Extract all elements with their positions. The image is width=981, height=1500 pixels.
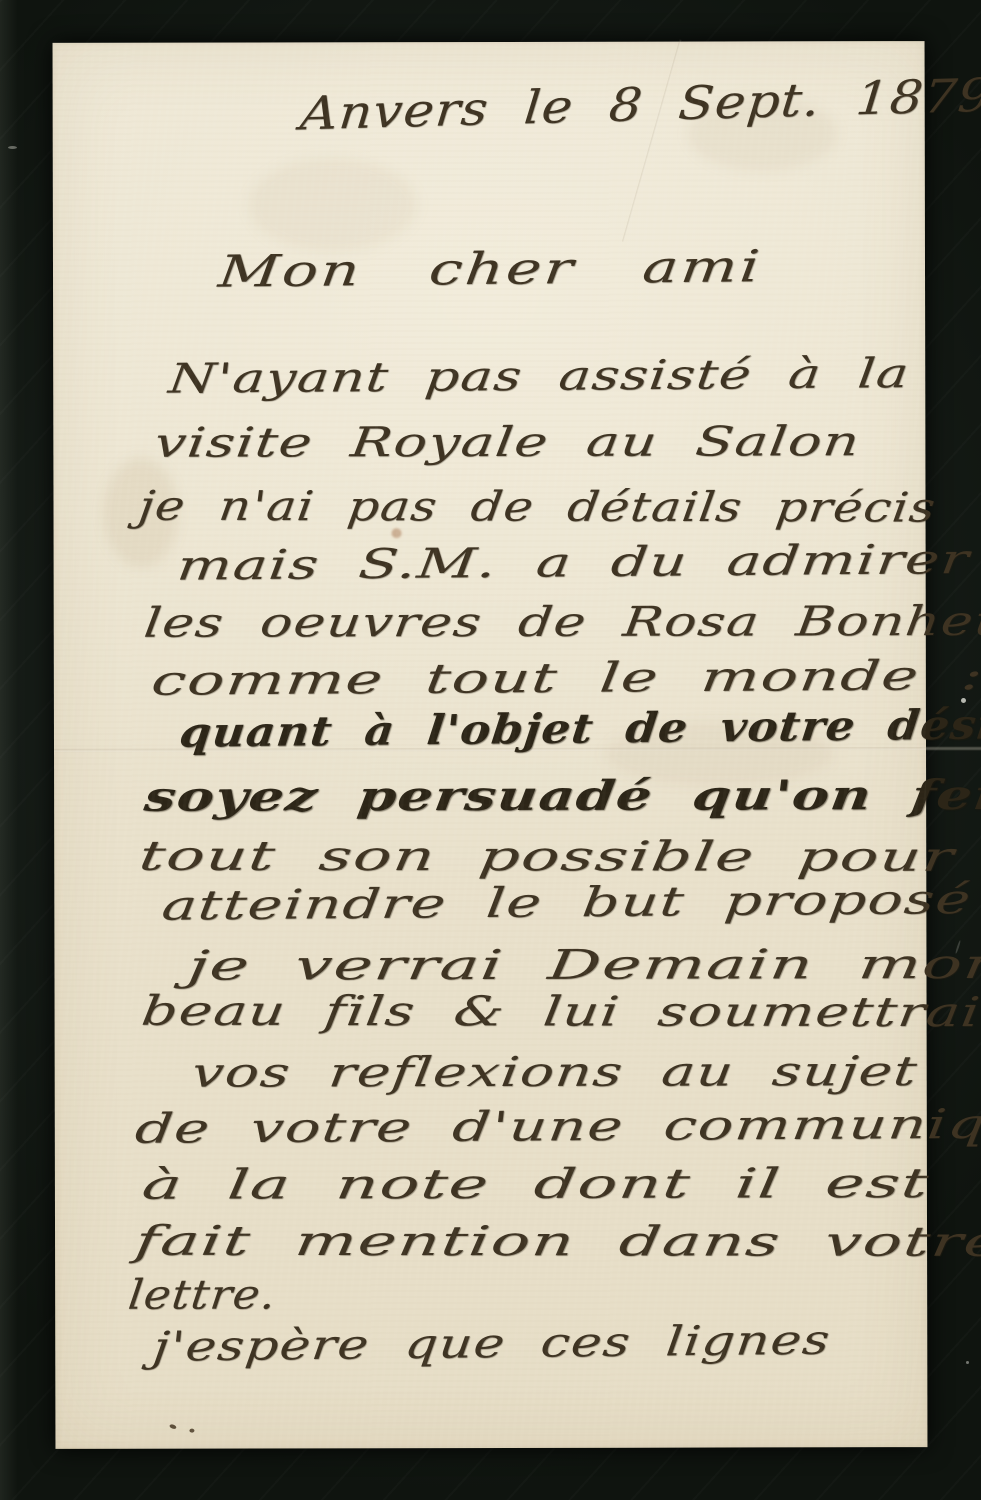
salutation: Mon cher ami	[216, 245, 764, 294]
letter-line: à la note dont il est	[140, 1163, 932, 1206]
letter-line: visite Royale au Salon	[152, 421, 862, 463]
dust-speck	[966, 1361, 969, 1364]
dust-speck	[8, 146, 17, 149]
letter-page: Anvers le 8 Sept. 1879 Mon cher ami N'ay…	[53, 41, 928, 1449]
letter-line: je verrai Demain mon	[185, 944, 981, 987]
letter-line: les oeuvres de Rosa Bonheur	[142, 601, 981, 644]
letter-line: comme tout le monde :	[149, 655, 981, 702]
letter-line: N'ayant pas assisté à la	[167, 353, 912, 400]
letter-line: lettre.	[126, 1274, 279, 1315]
paper-stain	[248, 157, 418, 252]
ink-dot	[189, 1429, 194, 1433]
date-line: Anvers le 8 Sept. 1879	[299, 72, 981, 137]
letter-line: j'espère que ces lignes	[151, 1320, 833, 1368]
letter-photograph: Anvers le 8 Sept. 1879 Mon cher ami N'ay…	[0, 0, 981, 1500]
letter-line: fait mention dans votre	[133, 1221, 981, 1263]
letter-line: vos reflexions au sujet	[190, 1051, 920, 1094]
ink-dot	[169, 1424, 177, 1430]
letter-line: de votre d'une communiqué	[133, 1103, 981, 1149]
fold-crease-extension	[922, 747, 981, 750]
letter-line: beau fils & lui soumettrai	[139, 991, 981, 1033]
letter-line: tout son possible pour	[137, 836, 957, 878]
letter-line: je n'ai pas de détails précis	[136, 486, 938, 529]
letter-line: mais S.M. a du admirer	[175, 539, 972, 587]
letter-line: quant à l'objet de votre désir	[177, 704, 981, 753]
letter-line: soyez persuadé qu'on fera	[142, 775, 981, 818]
fold-crease	[622, 39, 681, 242]
letter-line: atteindre le but proposé	[160, 879, 974, 927]
